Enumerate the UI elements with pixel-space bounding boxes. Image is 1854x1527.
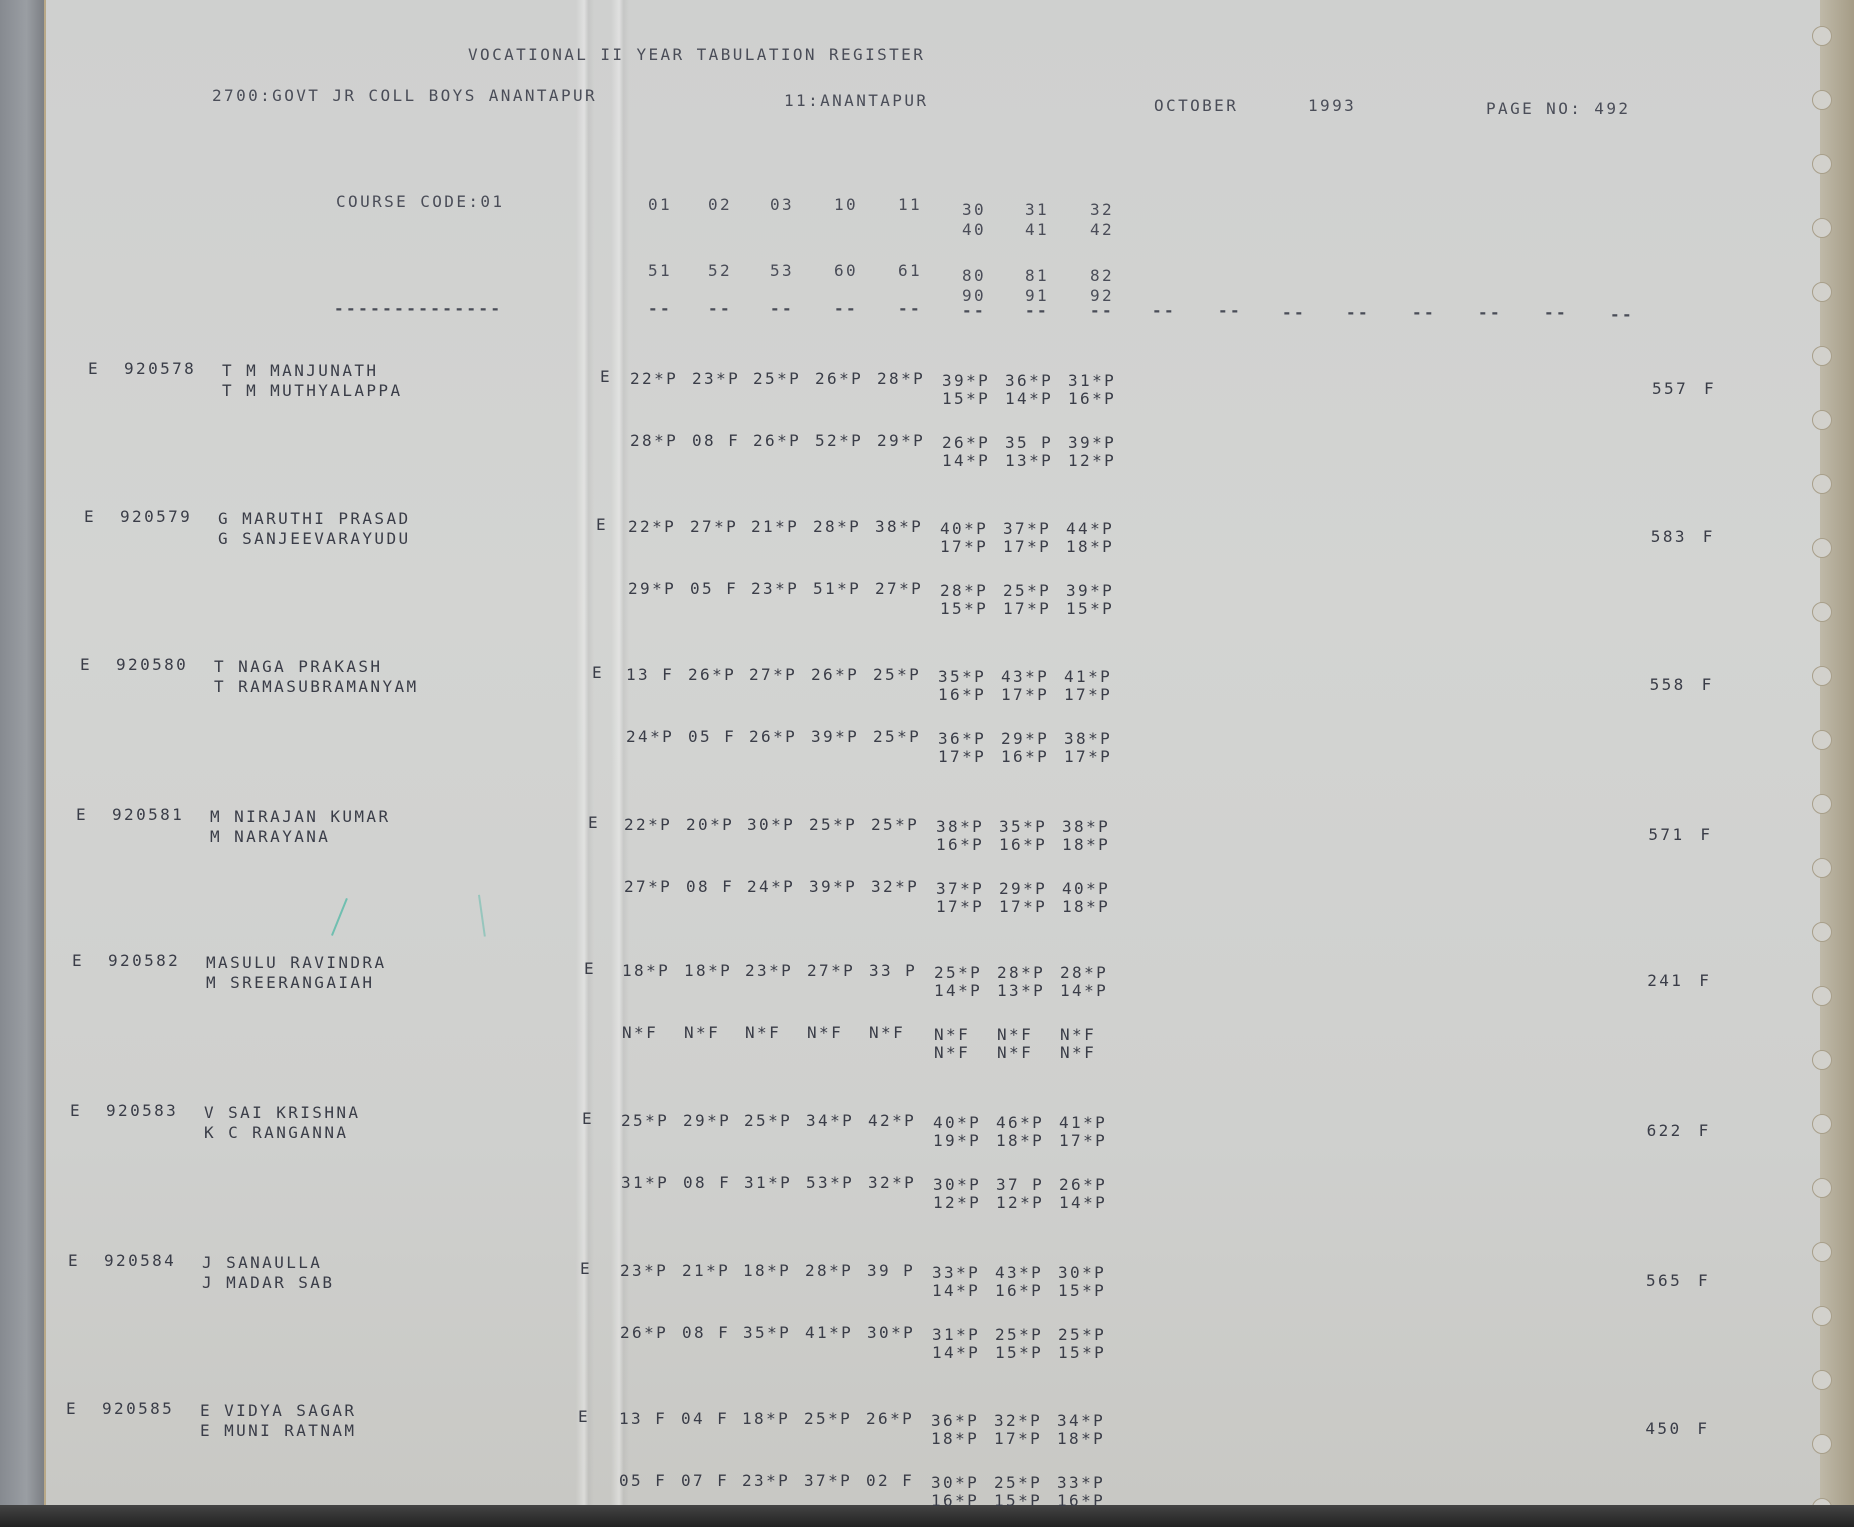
district-name: 11:ANANTAPUR bbox=[784, 92, 928, 110]
subject-mark: 18*P bbox=[1066, 538, 1114, 556]
father-name: M NARAYANA bbox=[210, 828, 330, 846]
subject-mark: 26*P bbox=[866, 1410, 914, 1428]
subject-mark: 34*P bbox=[1057, 1412, 1105, 1430]
medium-code: E bbox=[588, 814, 600, 832]
subject-mark: 32*P bbox=[871, 878, 919, 896]
subject-mark: 17*P bbox=[936, 898, 984, 916]
subject-mark: 23*P bbox=[742, 1472, 790, 1490]
student-reg-no: 920581 bbox=[112, 806, 184, 824]
medium-code: E bbox=[584, 960, 596, 978]
book-binding bbox=[0, 0, 44, 1527]
subject-mark: N*F bbox=[1060, 1026, 1096, 1044]
subject-mark: 05 F bbox=[619, 1472, 667, 1490]
subject-mark: 33*P bbox=[1057, 1474, 1105, 1492]
medium-code: E bbox=[578, 1408, 590, 1426]
column-divider-dash: -- bbox=[648, 300, 672, 318]
column-divider-dash: -- bbox=[1610, 306, 1634, 324]
feed-hole-icon bbox=[1812, 346, 1832, 366]
column-code: 11 bbox=[898, 196, 922, 214]
father-name: E MUNI RATNAM bbox=[200, 1422, 356, 1440]
subject-mark: 31*P bbox=[621, 1174, 669, 1192]
subject-mark: 37 P bbox=[996, 1176, 1044, 1194]
feed-hole-icon bbox=[1812, 282, 1832, 302]
subject-mark: 14*P bbox=[1059, 1194, 1107, 1212]
subject-mark: 17*P bbox=[940, 538, 988, 556]
column-code: 51 bbox=[648, 262, 672, 280]
subject-mark: 18*P bbox=[622, 962, 670, 980]
subject-mark: 22*P bbox=[624, 816, 672, 834]
subject-mark: 15*P bbox=[940, 600, 988, 618]
subject-mark: N*F bbox=[622, 1024, 658, 1042]
feed-hole-icon bbox=[1812, 602, 1832, 622]
subject-mark: 12*P bbox=[996, 1194, 1044, 1212]
course-underline: -------------- bbox=[334, 300, 502, 318]
paper-fold bbox=[611, 0, 629, 1510]
subject-mark: 18*P bbox=[684, 962, 732, 980]
subject-mark: N*F bbox=[745, 1024, 781, 1042]
subject-mark: 40*P bbox=[1062, 880, 1110, 898]
subject-mark: 27*P bbox=[875, 580, 923, 598]
subject-mark: 26*P bbox=[620, 1324, 668, 1342]
student-reg-no: 920585 bbox=[102, 1400, 174, 1418]
subject-mark: 35*P bbox=[999, 818, 1047, 836]
subject-mark: 15*P bbox=[942, 390, 990, 408]
subject-mark: 14*P bbox=[932, 1282, 980, 1300]
student-name: MASULU RAVINDRA bbox=[206, 954, 387, 972]
student-category: E bbox=[80, 656, 92, 674]
student-reg-no: 920580 bbox=[116, 656, 188, 674]
subject-mark: 25*P bbox=[804, 1410, 852, 1428]
feed-hole-icon bbox=[1812, 1242, 1832, 1262]
subject-mark: N*F bbox=[934, 1026, 970, 1044]
grand-total: 241 bbox=[1647, 972, 1683, 990]
feed-hole-icon bbox=[1812, 474, 1832, 494]
subject-mark: 38*P bbox=[875, 518, 923, 536]
college-name: 2700:GOVT JR COLL BOYS ANANTAPUR bbox=[212, 87, 597, 105]
final-result: F bbox=[1699, 972, 1711, 990]
feed-hole-icon bbox=[1812, 218, 1832, 238]
column-code: 31 bbox=[1025, 201, 1049, 219]
subject-mark: 27*P bbox=[624, 878, 672, 896]
subject-mark: 02 F bbox=[866, 1472, 914, 1490]
subject-mark: 25*P bbox=[1003, 582, 1051, 600]
column-code: 10 bbox=[834, 196, 858, 214]
subject-mark: 31*P bbox=[744, 1174, 792, 1192]
grand-total: 558 bbox=[1650, 676, 1686, 694]
medium-code: E bbox=[600, 368, 612, 386]
subject-mark: 42*P bbox=[868, 1112, 916, 1130]
subject-mark: 28*P bbox=[1060, 964, 1108, 982]
subject-mark: 07 F bbox=[681, 1472, 729, 1490]
subject-mark: 08 F bbox=[682, 1324, 730, 1342]
subject-mark: 17*P bbox=[938, 748, 986, 766]
subject-mark: 38*P bbox=[1062, 818, 1110, 836]
subject-mark: 35*P bbox=[743, 1324, 791, 1342]
subject-mark: 18*P bbox=[1057, 1430, 1105, 1448]
column-divider-dash: -- bbox=[1478, 304, 1502, 322]
subject-mark: 16*P bbox=[995, 1282, 1043, 1300]
subject-mark: 29*P bbox=[628, 580, 676, 598]
subject-mark: 17*P bbox=[1003, 538, 1051, 556]
feed-hole-icon bbox=[1812, 90, 1832, 110]
subject-mark: 34*P bbox=[806, 1112, 854, 1130]
feed-hole-icon bbox=[1812, 730, 1832, 750]
subject-mark: 15*P bbox=[1058, 1282, 1106, 1300]
column-divider-dash: -- bbox=[1412, 304, 1436, 322]
column-divider-dash: -- bbox=[1282, 304, 1306, 322]
exam-month: OCTOBER bbox=[1154, 97, 1238, 115]
subject-mark: 30*P bbox=[867, 1324, 915, 1342]
column-divider-dash: -- bbox=[708, 300, 732, 318]
subject-mark: 23*P bbox=[692, 370, 740, 388]
subject-mark: 17*P bbox=[1059, 1132, 1107, 1150]
grand-total: 583 bbox=[1651, 528, 1687, 546]
subject-mark: 14*P bbox=[932, 1344, 980, 1362]
subject-mark: 46*P bbox=[996, 1114, 1044, 1132]
subject-mark: 29*P bbox=[683, 1112, 731, 1130]
subject-mark: 51*P bbox=[813, 580, 861, 598]
subject-mark: 27*P bbox=[749, 666, 797, 684]
feed-hole-icon bbox=[1812, 26, 1832, 46]
final-result: F bbox=[1698, 1272, 1710, 1290]
subject-mark: 17*P bbox=[999, 898, 1047, 916]
student-category: E bbox=[88, 360, 100, 378]
subject-mark: 28*P bbox=[630, 432, 678, 450]
student-category: E bbox=[68, 1252, 80, 1270]
grand-total: 622 bbox=[1647, 1122, 1683, 1140]
subject-mark: 27*P bbox=[690, 518, 738, 536]
subject-mark: 17*P bbox=[1003, 600, 1051, 618]
medium-code: E bbox=[592, 664, 604, 682]
student-category: E bbox=[66, 1400, 78, 1418]
feed-hole-icon bbox=[1812, 794, 1832, 814]
final-result: F bbox=[1697, 1420, 1709, 1438]
subject-mark: 38*P bbox=[1064, 730, 1112, 748]
subject-mark: 33*P bbox=[932, 1264, 980, 1282]
father-name: M SREERANGAIAH bbox=[206, 974, 374, 992]
subject-mark: 16*P bbox=[1001, 748, 1049, 766]
subject-mark: 38*P bbox=[936, 818, 984, 836]
subject-mark: 18*P bbox=[1062, 898, 1110, 916]
paper-fold bbox=[576, 0, 594, 1510]
medium-code: E bbox=[580, 1260, 592, 1278]
column-code: 02 bbox=[708, 196, 732, 214]
student-category: E bbox=[72, 952, 84, 970]
medium-code: E bbox=[596, 516, 608, 534]
feed-hole-icon bbox=[1812, 1434, 1832, 1454]
subject-mark: 23*P bbox=[751, 580, 799, 598]
subject-mark: 14*P bbox=[1005, 390, 1053, 408]
feed-hole-icon bbox=[1812, 154, 1832, 174]
subject-mark: 27*P bbox=[807, 962, 855, 980]
subject-mark: 29*P bbox=[1001, 730, 1049, 748]
subject-mark: 35 P bbox=[1005, 434, 1053, 452]
subject-mark: 26*P bbox=[688, 666, 736, 684]
subject-mark: 31*P bbox=[932, 1326, 980, 1344]
grand-total: 557 bbox=[1652, 380, 1688, 398]
subject-mark: 18*P bbox=[931, 1430, 979, 1448]
subject-mark: 25*P bbox=[744, 1112, 792, 1130]
final-result: F bbox=[1704, 380, 1716, 398]
subject-mark: 15*P bbox=[1066, 600, 1114, 618]
page-number: PAGE NO: 492 bbox=[1486, 100, 1630, 118]
subject-mark: 39*P bbox=[809, 878, 857, 896]
column-code: 42 bbox=[1090, 221, 1114, 239]
subject-mark: 14*P bbox=[1060, 982, 1108, 1000]
feed-hole-icon bbox=[1812, 922, 1832, 942]
feed-hole-icon bbox=[1812, 858, 1832, 878]
column-divider-dash: -- bbox=[1346, 304, 1370, 322]
subject-mark: 25*P bbox=[873, 666, 921, 684]
student-name: M NIRAJAN KUMAR bbox=[210, 808, 391, 826]
final-result: F bbox=[1702, 676, 1714, 694]
subject-mark: 08 F bbox=[683, 1174, 731, 1192]
subject-mark: 41*P bbox=[1064, 668, 1112, 686]
subject-mark: 37*P bbox=[804, 1472, 852, 1490]
subject-mark: 16*P bbox=[936, 836, 984, 854]
column-divider-dash: -- bbox=[1544, 304, 1568, 322]
subject-mark: 18*P bbox=[742, 1410, 790, 1428]
father-name: J MADAR SAB bbox=[202, 1274, 334, 1292]
subject-mark: 53*P bbox=[806, 1174, 854, 1192]
feed-hole-icon bbox=[1812, 986, 1832, 1006]
student-name: T NAGA PRAKASH bbox=[214, 658, 382, 676]
subject-mark: 26*P bbox=[811, 666, 859, 684]
subject-mark: 28*P bbox=[877, 370, 925, 388]
subject-mark: 05 F bbox=[688, 728, 736, 746]
column-code: 80 bbox=[962, 267, 986, 285]
column-code: 60 bbox=[834, 262, 858, 280]
subject-mark: 43*P bbox=[1001, 668, 1049, 686]
subject-mark: 25*P bbox=[871, 816, 919, 834]
subject-mark: 25*P bbox=[873, 728, 921, 746]
subject-mark: 52*P bbox=[815, 432, 863, 450]
column-code: 01 bbox=[648, 196, 672, 214]
subject-mark: 23*P bbox=[745, 962, 793, 980]
column-divider-dash: -- bbox=[770, 300, 794, 318]
subject-mark: 44*P bbox=[1066, 520, 1114, 538]
subject-mark: 24*P bbox=[747, 878, 795, 896]
subject-mark: N*F bbox=[807, 1024, 843, 1042]
subject-mark: 26*P bbox=[815, 370, 863, 388]
column-code: 30 bbox=[962, 201, 986, 219]
feed-hole-icon bbox=[1812, 1306, 1832, 1326]
final-result: F bbox=[1699, 1122, 1711, 1140]
subject-mark: 28*P bbox=[940, 582, 988, 600]
subject-mark: 22*P bbox=[630, 370, 678, 388]
father-name: K C RANGANNA bbox=[204, 1124, 348, 1142]
column-divider-dash: -- bbox=[898, 300, 922, 318]
subject-mark: 28*P bbox=[997, 964, 1045, 982]
subject-mark: 23*P bbox=[620, 1262, 668, 1280]
column-code: 03 bbox=[770, 196, 794, 214]
medium-code: E bbox=[582, 1110, 594, 1128]
column-divider-dash: -- bbox=[1152, 302, 1176, 320]
subject-mark: 20*P bbox=[686, 816, 734, 834]
subject-mark: 25*P bbox=[1058, 1326, 1106, 1344]
subject-mark: 37*P bbox=[936, 880, 984, 898]
column-code: 53 bbox=[770, 262, 794, 280]
subject-mark: 26*P bbox=[753, 432, 801, 450]
subject-mark: 28*P bbox=[813, 518, 861, 536]
subject-mark: N*F bbox=[997, 1044, 1033, 1062]
subject-mark: 35*P bbox=[938, 668, 986, 686]
subject-mark: 41*P bbox=[1059, 1114, 1107, 1132]
subject-mark: 25*P bbox=[809, 816, 857, 834]
subject-mark: 19*P bbox=[933, 1132, 981, 1150]
subject-mark: 13*P bbox=[997, 982, 1045, 1000]
subject-mark: 39*P bbox=[1068, 434, 1116, 452]
subject-mark: 29*P bbox=[999, 880, 1047, 898]
subject-mark: 16*P bbox=[999, 836, 1047, 854]
column-divider-dash: -- bbox=[1218, 302, 1242, 320]
final-result: F bbox=[1703, 528, 1715, 546]
subject-mark: 17*P bbox=[1064, 748, 1112, 766]
student-reg-no: 920584 bbox=[104, 1252, 176, 1270]
subject-mark: 22*P bbox=[628, 518, 676, 536]
student-name: T M MANJUNATH bbox=[222, 362, 378, 380]
subject-mark: 15*P bbox=[995, 1344, 1043, 1362]
subject-mark: 18*P bbox=[996, 1132, 1044, 1150]
subject-mark: 26*P bbox=[1059, 1176, 1107, 1194]
subject-mark: 32*P bbox=[994, 1412, 1042, 1430]
subject-mark: 31*P bbox=[1068, 372, 1116, 390]
subject-mark: 41*P bbox=[805, 1324, 853, 1342]
student-category: E bbox=[76, 806, 88, 824]
subject-mark: 39 P bbox=[867, 1262, 915, 1280]
subject-mark: 36*P bbox=[931, 1412, 979, 1430]
column-divider-dash: -- bbox=[1090, 302, 1114, 320]
subject-mark: 25*P bbox=[995, 1326, 1043, 1344]
subject-mark: 29*P bbox=[877, 432, 925, 450]
subject-mark: N*F bbox=[1060, 1044, 1096, 1062]
subject-mark: 15*P bbox=[1058, 1344, 1106, 1362]
subject-mark: 16*P bbox=[938, 686, 986, 704]
subject-mark: 25*P bbox=[621, 1112, 669, 1130]
subject-mark: 40*P bbox=[940, 520, 988, 538]
subject-mark: 40*P bbox=[933, 1114, 981, 1132]
column-code: 52 bbox=[708, 262, 732, 280]
subject-mark: 37*P bbox=[1003, 520, 1051, 538]
subject-mark: 13*P bbox=[1005, 452, 1053, 470]
subject-mark: 43*P bbox=[995, 1264, 1043, 1282]
subject-mark: 36*P bbox=[938, 730, 986, 748]
subject-mark: 26*P bbox=[749, 728, 797, 746]
subject-mark: 39*P bbox=[811, 728, 859, 746]
feed-hole-icon bbox=[1812, 1370, 1832, 1390]
subject-mark: N*F bbox=[997, 1026, 1033, 1044]
subject-mark: 16*P bbox=[1068, 390, 1116, 408]
subject-mark: 25*P bbox=[753, 370, 801, 388]
subject-mark: 21*P bbox=[682, 1262, 730, 1280]
student-category: E bbox=[84, 508, 96, 526]
subject-mark: 08 F bbox=[692, 432, 740, 450]
column-code: 40 bbox=[962, 221, 986, 239]
subject-mark: 17*P bbox=[994, 1430, 1042, 1448]
subject-mark: 14*P bbox=[934, 982, 982, 1000]
subject-mark: 12*P bbox=[1068, 452, 1116, 470]
student-name: E VIDYA SAGAR bbox=[200, 1402, 356, 1420]
student-category: E bbox=[70, 1102, 82, 1120]
student-name: J SANAULLA bbox=[202, 1254, 322, 1272]
subject-mark: 13 F bbox=[619, 1410, 667, 1428]
subject-mark: 16*P bbox=[1057, 1492, 1105, 1510]
column-code: 61 bbox=[898, 262, 922, 280]
father-name: T RAMASUBRAMANYAM bbox=[214, 678, 419, 696]
feed-hole-icon bbox=[1812, 1050, 1832, 1070]
subject-mark: 08 F bbox=[686, 878, 734, 896]
column-code: 82 bbox=[1090, 267, 1114, 285]
father-name: G SANJEEVARAYUDU bbox=[218, 530, 411, 548]
subject-mark: N*F bbox=[934, 1044, 970, 1062]
subject-mark: 05 F bbox=[690, 580, 738, 598]
feed-hole-icon bbox=[1812, 410, 1832, 430]
subject-mark: 21*P bbox=[751, 518, 799, 536]
feed-hole-icon bbox=[1812, 666, 1832, 686]
feed-hole-icon bbox=[1812, 1178, 1832, 1198]
subject-mark: 25*P bbox=[994, 1474, 1042, 1492]
subject-mark: 25*P bbox=[934, 964, 982, 982]
subject-mark: 28*P bbox=[805, 1262, 853, 1280]
subject-mark: 17*P bbox=[1001, 686, 1049, 704]
subject-mark: 36*P bbox=[1005, 372, 1053, 390]
page-bottom-shadow bbox=[0, 1505, 1854, 1527]
student-name: G MARUTHI PRASAD bbox=[218, 510, 411, 528]
column-code: 81 bbox=[1025, 267, 1049, 285]
father-name: T M MUTHYALAPPA bbox=[222, 382, 403, 400]
student-name: V SAI KRISHNA bbox=[204, 1104, 360, 1122]
subject-mark: 18*P bbox=[743, 1262, 791, 1280]
subject-mark: 33 P bbox=[869, 962, 917, 980]
column-code: 32 bbox=[1090, 201, 1114, 219]
subject-mark: 17*P bbox=[1064, 686, 1112, 704]
grand-total: 565 bbox=[1646, 1272, 1682, 1290]
feed-hole-icon bbox=[1812, 538, 1832, 558]
column-divider-dash: -- bbox=[962, 302, 986, 320]
subject-mark: 14*P bbox=[942, 452, 990, 470]
column-code: 41 bbox=[1025, 221, 1049, 239]
subject-mark: 13 F bbox=[626, 666, 674, 684]
column-divider-dash: -- bbox=[834, 300, 858, 318]
feed-hole-icon bbox=[1812, 1114, 1832, 1134]
course-code: COURSE CODE:01 bbox=[336, 193, 504, 211]
subject-mark: 16*P bbox=[931, 1492, 979, 1510]
subject-mark: 30*P bbox=[933, 1176, 981, 1194]
subject-mark: N*F bbox=[869, 1024, 905, 1042]
student-reg-no: 920583 bbox=[106, 1102, 178, 1120]
final-result: F bbox=[1700, 826, 1712, 844]
register-title: VOCATIONAL II YEAR TABULATION REGISTER bbox=[468, 46, 925, 64]
subject-mark: 12*P bbox=[933, 1194, 981, 1212]
subject-mark: 15*P bbox=[994, 1492, 1042, 1510]
student-reg-no: 920582 bbox=[108, 952, 180, 970]
subject-mark: 26*P bbox=[942, 434, 990, 452]
grand-total: 571 bbox=[1648, 826, 1684, 844]
subject-mark: N*F bbox=[684, 1024, 720, 1042]
subject-mark: 04 F bbox=[681, 1410, 729, 1428]
grand-total: 450 bbox=[1645, 1420, 1681, 1438]
subject-mark: 30*P bbox=[1058, 1264, 1106, 1282]
subject-mark: 24*P bbox=[626, 728, 674, 746]
subject-mark: 30*P bbox=[747, 816, 795, 834]
exam-year: 1993 bbox=[1308, 97, 1356, 115]
subject-mark: 30*P bbox=[931, 1474, 979, 1492]
subject-mark: 39*P bbox=[942, 372, 990, 390]
subject-mark: 39*P bbox=[1066, 582, 1114, 600]
subject-mark: 32*P bbox=[868, 1174, 916, 1192]
student-reg-no: 920578 bbox=[124, 360, 196, 378]
column-divider-dash: -- bbox=[1025, 302, 1049, 320]
